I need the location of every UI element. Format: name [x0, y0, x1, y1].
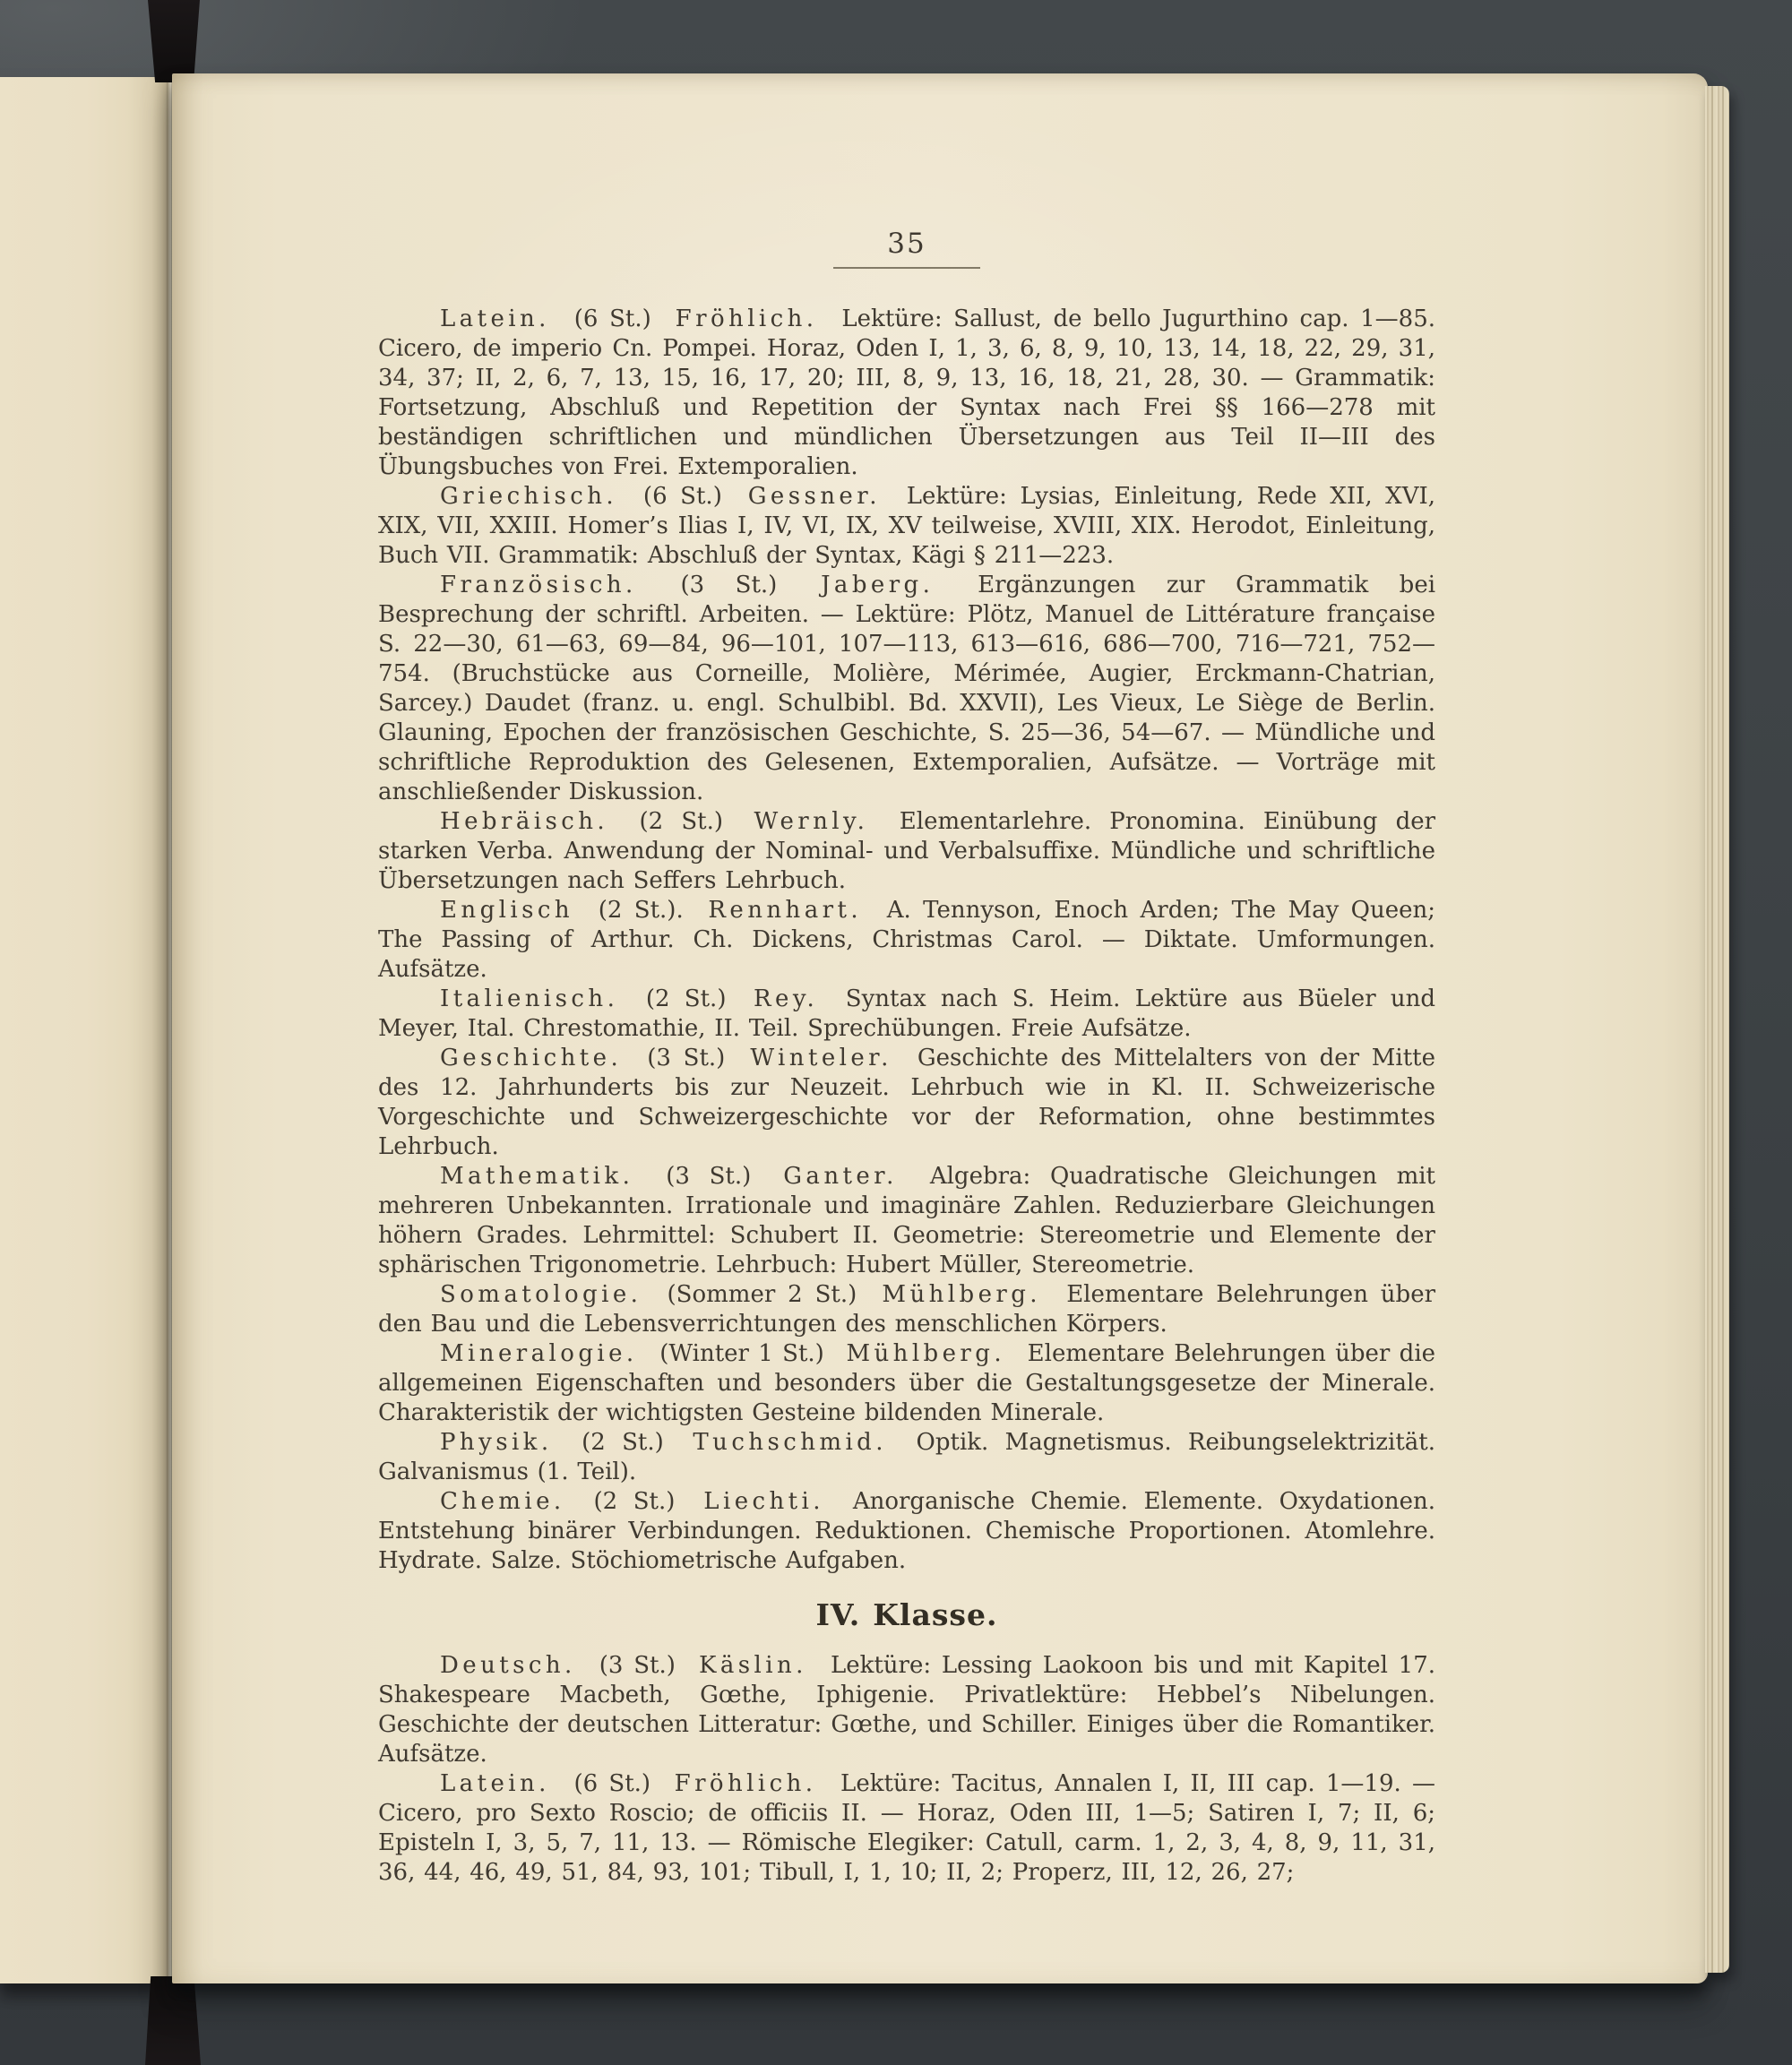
bookmark-ribbon-top — [148, 0, 200, 82]
course-hours: (3 St.) — [599, 1652, 688, 1679]
course-subject: Somatologie. — [440, 1281, 655, 1308]
book-page: 35 Latein. (6 St.) Fröhlich. Lektüre: Sa… — [172, 73, 1708, 1983]
course-subject: Englisch — [440, 897, 586, 924]
course-hours: (Sommer 2 St.) — [668, 1281, 870, 1308]
course-paragraph: Latein. (6 St.) Fröhlich. Lektüre: Sallu… — [378, 305, 1435, 482]
class-section-heading: IV. Klasse. — [378, 1600, 1435, 1630]
course-subject: Chemie. — [440, 1488, 578, 1515]
course-paragraph: Geschichte. (3 St.) Winteler. Geschichte… — [378, 1044, 1435, 1162]
course-paragraph: Deutsch. (3 St.) Käslin. Lektüre: Lessin… — [378, 1651, 1435, 1769]
course-paragraph: Italienisch. (2 St.) Rey. Syntax nach S.… — [378, 985, 1435, 1044]
course-hours: (2 St.) — [640, 808, 737, 835]
facing-page — [0, 77, 172, 1983]
course-teacher: Fröhlich. — [675, 1770, 830, 1797]
course-teacher: Fröhlich. — [676, 305, 831, 332]
course-teacher: Rennhart. — [708, 897, 874, 924]
course-hours: (3 St.) — [666, 1163, 763, 1190]
course-hours: (2 St.) — [646, 985, 739, 1012]
course-teacher: Rey. — [754, 985, 831, 1012]
course-paragraph: Chemie. (2 St.) Liechti. Anorganische Ch… — [378, 1487, 1435, 1576]
course-subject: Mineralogie. — [440, 1340, 650, 1367]
course-teacher: Winteler. — [750, 1045, 905, 1071]
course-subject: Griechisch. — [440, 483, 630, 510]
course-hours: (2 St.). — [599, 897, 696, 924]
course-hours: (Winter 1 St.) — [659, 1340, 837, 1367]
course-subject: Hebräisch. — [440, 808, 621, 835]
course-teacher: Jaberg. — [821, 572, 947, 598]
course-teacher: Ganter. — [783, 1163, 910, 1190]
course-hours: (6 St.) — [643, 483, 735, 510]
course-subject: Geschichte. — [440, 1045, 634, 1071]
course-paragraph: Mineralogie. (Winter 1 St.) Mühlberg. El… — [378, 1339, 1435, 1428]
fore-edge-pages — [1705, 86, 1729, 1973]
course-teacher: Gessner. — [748, 483, 893, 510]
scanned-book-spread: 35 Latein. (6 St.) Fröhlich. Lektüre: Sa… — [0, 0, 1792, 2065]
page-number: 35 — [378, 228, 1435, 260]
course-subject: Latein. — [440, 1770, 563, 1797]
course-hours: (6 St.) — [573, 1770, 663, 1797]
course-teacher: Mühlberg. — [846, 1340, 1018, 1367]
course-paragraph: Englisch (2 St.). Rennhart. A. Tennyson,… — [378, 896, 1435, 985]
course-paragraph: Somatologie. (Sommer 2 St.) Mühlberg. El… — [378, 1280, 1435, 1339]
course-teacher: Wernly. — [754, 808, 881, 835]
course-hours: (2 St.) — [593, 1488, 687, 1515]
course-paragraph: Mathematik. (3 St.) Ganter. Algebra: Qua… — [378, 1162, 1435, 1280]
course-paragraph: Latein. (6 St.) Fröhlich. Lektüre: Tacit… — [378, 1769, 1435, 1888]
bookmark-ribbon-bottom — [145, 1976, 201, 2065]
course-hours: (6 St.) — [574, 305, 664, 332]
course-teacher: Käslin. — [699, 1652, 820, 1679]
course-hours: (3 St.) — [680, 572, 789, 598]
course-subject: Physik. — [440, 1429, 565, 1456]
course-paragraph: Hebräisch. (2 St.) Wernly. Elementarlehr… — [378, 807, 1435, 896]
course-teacher: Tuchschmid. — [693, 1429, 900, 1456]
course-description: Ergänzungen zur Grammatik bei Besprechun… — [378, 572, 1435, 805]
course-teacher: Mühlberg. — [882, 1281, 1054, 1308]
course-hours: (3 St.) — [647, 1045, 737, 1071]
course-teacher: Liechti. — [703, 1488, 837, 1515]
course-paragraph: Französisch. (3 St.) Jaberg. Ergänzungen… — [378, 571, 1435, 807]
course-hours: (2 St.) — [582, 1429, 676, 1456]
page-number-rule — [833, 267, 980, 269]
course-paragraph: Griechisch. (6 St.) Gessner. Lektüre: Ly… — [378, 482, 1435, 571]
course-subject: Mathematik. — [440, 1163, 647, 1190]
course-paragraph: Physik. (2 St.) Tuchschmid. Optik. Magne… — [378, 1428, 1435, 1487]
course-subject: Italienisch. — [440, 985, 632, 1012]
course-subject: Latein. — [440, 305, 563, 332]
course-subject: Deutsch. — [440, 1652, 589, 1679]
course-list: Latein. (6 St.) Fröhlich. Lektüre: Sallu… — [378, 305, 1435, 1888]
course-subject: Französisch. — [440, 572, 650, 598]
